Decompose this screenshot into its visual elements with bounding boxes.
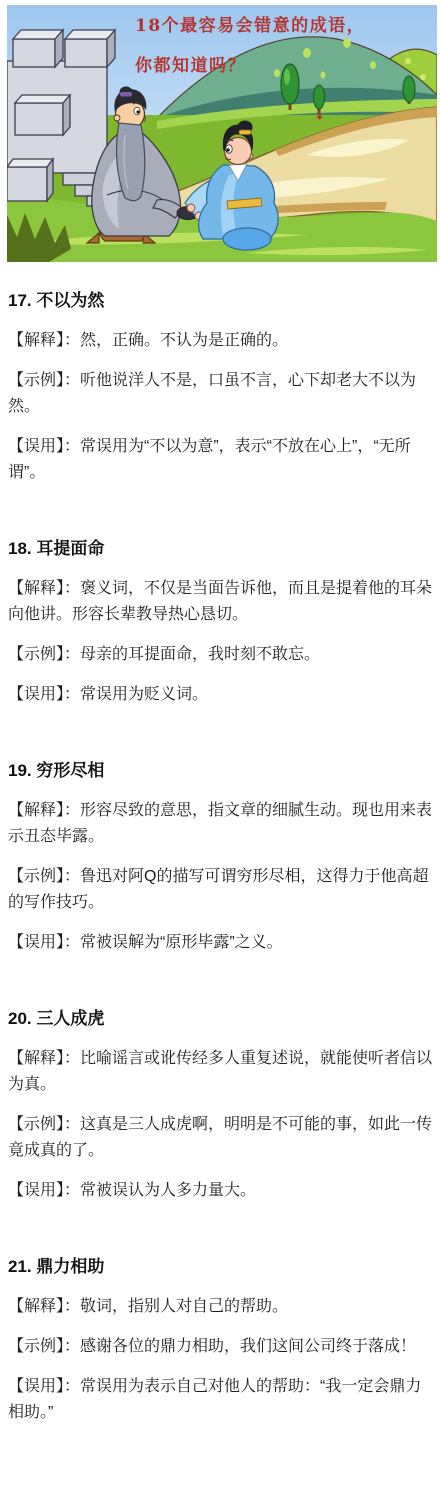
idiom-section-18: 18. 耳提面命 【解释】：褒义词，不仅是当面告诉他，而且是提着他的耳朵向他讲。… — [8, 536, 432, 708]
idiom-example: 【示例】：母亲的耳提面命，我时刻不敢忘。 — [8, 642, 432, 668]
idiom-misuse: 【误用】：常误用为“不以为意”，表示“不放在心上”，“无所谓”。 — [8, 434, 432, 486]
idiom-section-20: 20. 三人成虎 【解释】：比喻谣言或讹传经多人重复述说，就能使听者信以为真。 … — [8, 1006, 432, 1204]
idiom-definition: 【解释】：比喻谣言或讹传经多人重复述说，就能使听者信以为真。 — [8, 1046, 432, 1098]
cartoon-scene: 18个最容易会错意的成语， 你都知道吗？ — [7, 5, 437, 262]
idiom-definition: 【解释】：然，正确。不认为是正确的。 — [8, 328, 432, 354]
idiom-heading: 20. 三人成虎 — [8, 1006, 432, 1032]
idiom-heading: 18. 耳提面命 — [8, 536, 432, 562]
idiom-definition: 【解释】：褒义词，不仅是当面告诉他，而且是提着他的耳朵向他讲。形容长辈教导热心恳… — [8, 576, 432, 628]
idiom-misuse: 【误用】：常被误解为“原形毕露”之义。 — [8, 930, 432, 956]
idiom-definition: 【解释】：形容尽致的意思，指文章的细腻生动。现也用来表示丑态毕露。 — [8, 798, 432, 850]
idiom-example: 【示例】：这真是三人成虎啊，明明是不可能的事，如此一传竟成真的了。 — [8, 1112, 432, 1164]
idiom-heading: 19. 穷形尽相 — [8, 758, 432, 784]
header-illustration: 18个最容易会错意的成语， 你都知道吗？ — [7, 5, 437, 262]
article-content: 17. 不以为然 【解释】：然，正确。不认为是正确的。 【示例】：听他说洋人不是… — [0, 288, 440, 1426]
idiom-section-17: 17. 不以为然 【解释】：然，正确。不认为是正确的。 【示例】：听他说洋人不是… — [8, 288, 432, 486]
idiom-section-21: 21. 鼎力相助 【解释】：敬词，指别人对自己的帮助。 【示例】：感谢各位的鼎力… — [8, 1254, 432, 1426]
idiom-misuse: 【误用】：常误用为贬义词。 — [8, 682, 432, 708]
idiom-definition: 【解释】：敬词，指别人对自己的帮助。 — [8, 1294, 432, 1320]
idiom-heading: 21. 鼎力相助 — [8, 1254, 432, 1280]
idiom-heading: 17. 不以为然 — [8, 288, 432, 314]
young-hair-tie — [239, 130, 251, 135]
idiom-example: 【示例】：感谢各位的鼎力相助，我们这间公司终于落成！ — [8, 1334, 432, 1360]
caption-line1: 18个最容易会错意的成语， — [135, 15, 365, 36]
idiom-example: 【示例】：听他说洋人不是，口虽不言，心下却老大不以为然。 — [8, 368, 432, 420]
elder-hair-tie — [120, 92, 132, 97]
idiom-section-19: 19. 穷形尽相 【解释】：形容尽致的意思，指文章的细腻生动。现也用来表示丑态毕… — [8, 758, 432, 956]
idiom-misuse: 【误用】：常被误认为人多力量大。 — [8, 1178, 432, 1204]
young-knees — [223, 228, 271, 250]
idiom-misuse: 【误用】：常误用为表示自己对他人的帮助：“我一定会鼎力相助。” — [8, 1374, 432, 1426]
idiom-example: 【示例】：鲁迅对阿Q的描写可谓穷形尽相，这得力于他高超的写作技巧。 — [8, 864, 432, 916]
article-page: 18个最容易会错意的成语， 你都知道吗？ 17. 不以为然 【解释】：然，正确。… — [0, 5, 440, 1426]
caption-line2: 你都知道吗？ — [135, 55, 246, 76]
